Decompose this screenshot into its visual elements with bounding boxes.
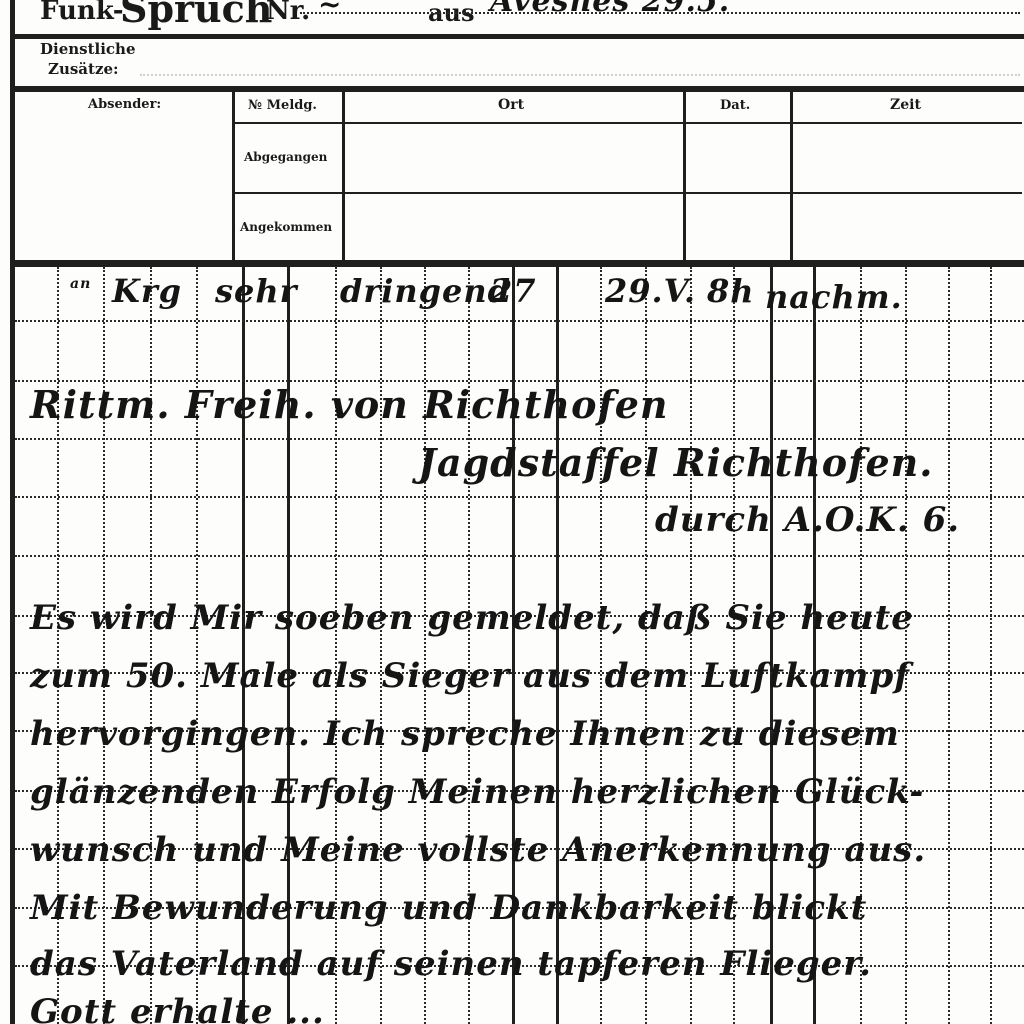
from-value: Avesnes 29.5. bbox=[490, 0, 730, 19]
body-line: hervorgingen. Ich spreche Ihnen zu diese… bbox=[30, 714, 900, 754]
recipient-line-1: Rittm. Freih. von Richthofen bbox=[30, 382, 669, 427]
form-title-prefix: Funk- bbox=[40, 0, 124, 26]
service-notes-label-2: Zusätze: bbox=[48, 60, 119, 78]
form-left-border bbox=[10, 0, 15, 1024]
recipient-line-2: Jagdstaffel Richthofen. bbox=[418, 440, 934, 485]
body-line: zum 50. Male als Sieger aus dem Luftkamp… bbox=[30, 656, 910, 696]
body-line: Gott erhalte ... bbox=[30, 992, 325, 1024]
form-title-main: Spruch bbox=[120, 0, 272, 31]
sent-label: Abgegangen bbox=[244, 150, 327, 164]
body-line: wunsch und Meine vollste Anerkennung aus… bbox=[30, 830, 926, 870]
body-line: das Vaterland auf seinen tapferen Fliege… bbox=[30, 944, 872, 984]
sender-label: Absender: bbox=[88, 97, 161, 112]
header-prefix: an bbox=[70, 276, 91, 292]
radio-message-form: Funk- Spruch Nr. ~ aus Avesnes 29.5. Die… bbox=[0, 0, 1024, 1024]
table-bottom-border bbox=[10, 260, 1024, 267]
table-col-divider-3 bbox=[683, 92, 686, 262]
service-notes-dotted-line bbox=[140, 74, 1020, 76]
place-label: Ort bbox=[498, 97, 524, 113]
service-notes-divider bbox=[10, 86, 1024, 92]
grid-dotted-row bbox=[15, 320, 1024, 322]
grid-dotted-row bbox=[15, 496, 1024, 498]
header-part: 8h bbox=[707, 272, 755, 310]
grid-dotted-row bbox=[15, 555, 1024, 557]
received-label: Angekommen bbox=[240, 220, 332, 234]
body-line: Es wird Mir soeben gemeldet, daß Sie heu… bbox=[30, 598, 914, 638]
header-part: dringend bbox=[340, 272, 511, 310]
header-part: 27 bbox=[490, 272, 537, 310]
body-line: glänzenden Erfolg Meinen herzlichen Glüc… bbox=[30, 772, 925, 812]
nr-value: ~ bbox=[318, 0, 342, 21]
table-header-underline bbox=[232, 122, 1022, 124]
nr-dotted-line bbox=[300, 12, 1020, 14]
table-col-divider-1 bbox=[232, 92, 235, 262]
message-number-label: № Meldg. bbox=[248, 98, 317, 113]
title-divider bbox=[10, 34, 1024, 39]
time-label: Zeit bbox=[890, 97, 921, 113]
table-row-divider bbox=[232, 192, 1022, 194]
header-part: Krg bbox=[112, 272, 182, 310]
header-part: sehr bbox=[215, 272, 298, 310]
table-col-divider-2 bbox=[342, 92, 345, 262]
date-label: Dat. bbox=[720, 98, 750, 113]
header-part: 29.V. bbox=[605, 272, 696, 310]
body-line: Mit Bewunderung und Dankbarkeit blickt bbox=[30, 888, 867, 928]
table-col-divider-4 bbox=[790, 92, 793, 262]
recipient-line-3: durch A.O.K. 6. bbox=[655, 500, 960, 540]
header-part: nachm. bbox=[765, 278, 903, 316]
service-notes-label-1: Dienstliche bbox=[40, 40, 136, 58]
